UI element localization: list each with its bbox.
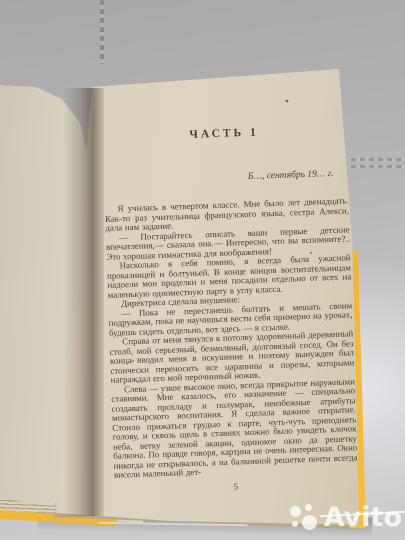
leather-stitch-seam-horizontal xyxy=(351,158,405,161)
leather-stitch-seam-vertical xyxy=(100,0,104,64)
avito-watermark-label: Avito xyxy=(324,503,402,533)
photo-scene: ЧАСТЬ 1 Б…, сентябрь 19… г. Я училась в … xyxy=(0,0,405,540)
avito-watermark: Avito xyxy=(289,503,402,533)
diary-dateline: Б…, сентябрь 19… г. xyxy=(104,168,348,187)
body-text: Я училась в четвертом классе. Мне было л… xyxy=(105,196,358,480)
gutter-shadow xyxy=(64,88,104,516)
page-content: ЧАСТЬ 1 Б…, сентябрь 19… г. Я училась в … xyxy=(102,123,359,495)
leather-stitch-seam-horizontal xyxy=(351,165,405,168)
body-paragraph: Слева — узкое высокое окно, всегда прикр… xyxy=(111,377,358,480)
avito-logo-icon xyxy=(289,503,319,533)
